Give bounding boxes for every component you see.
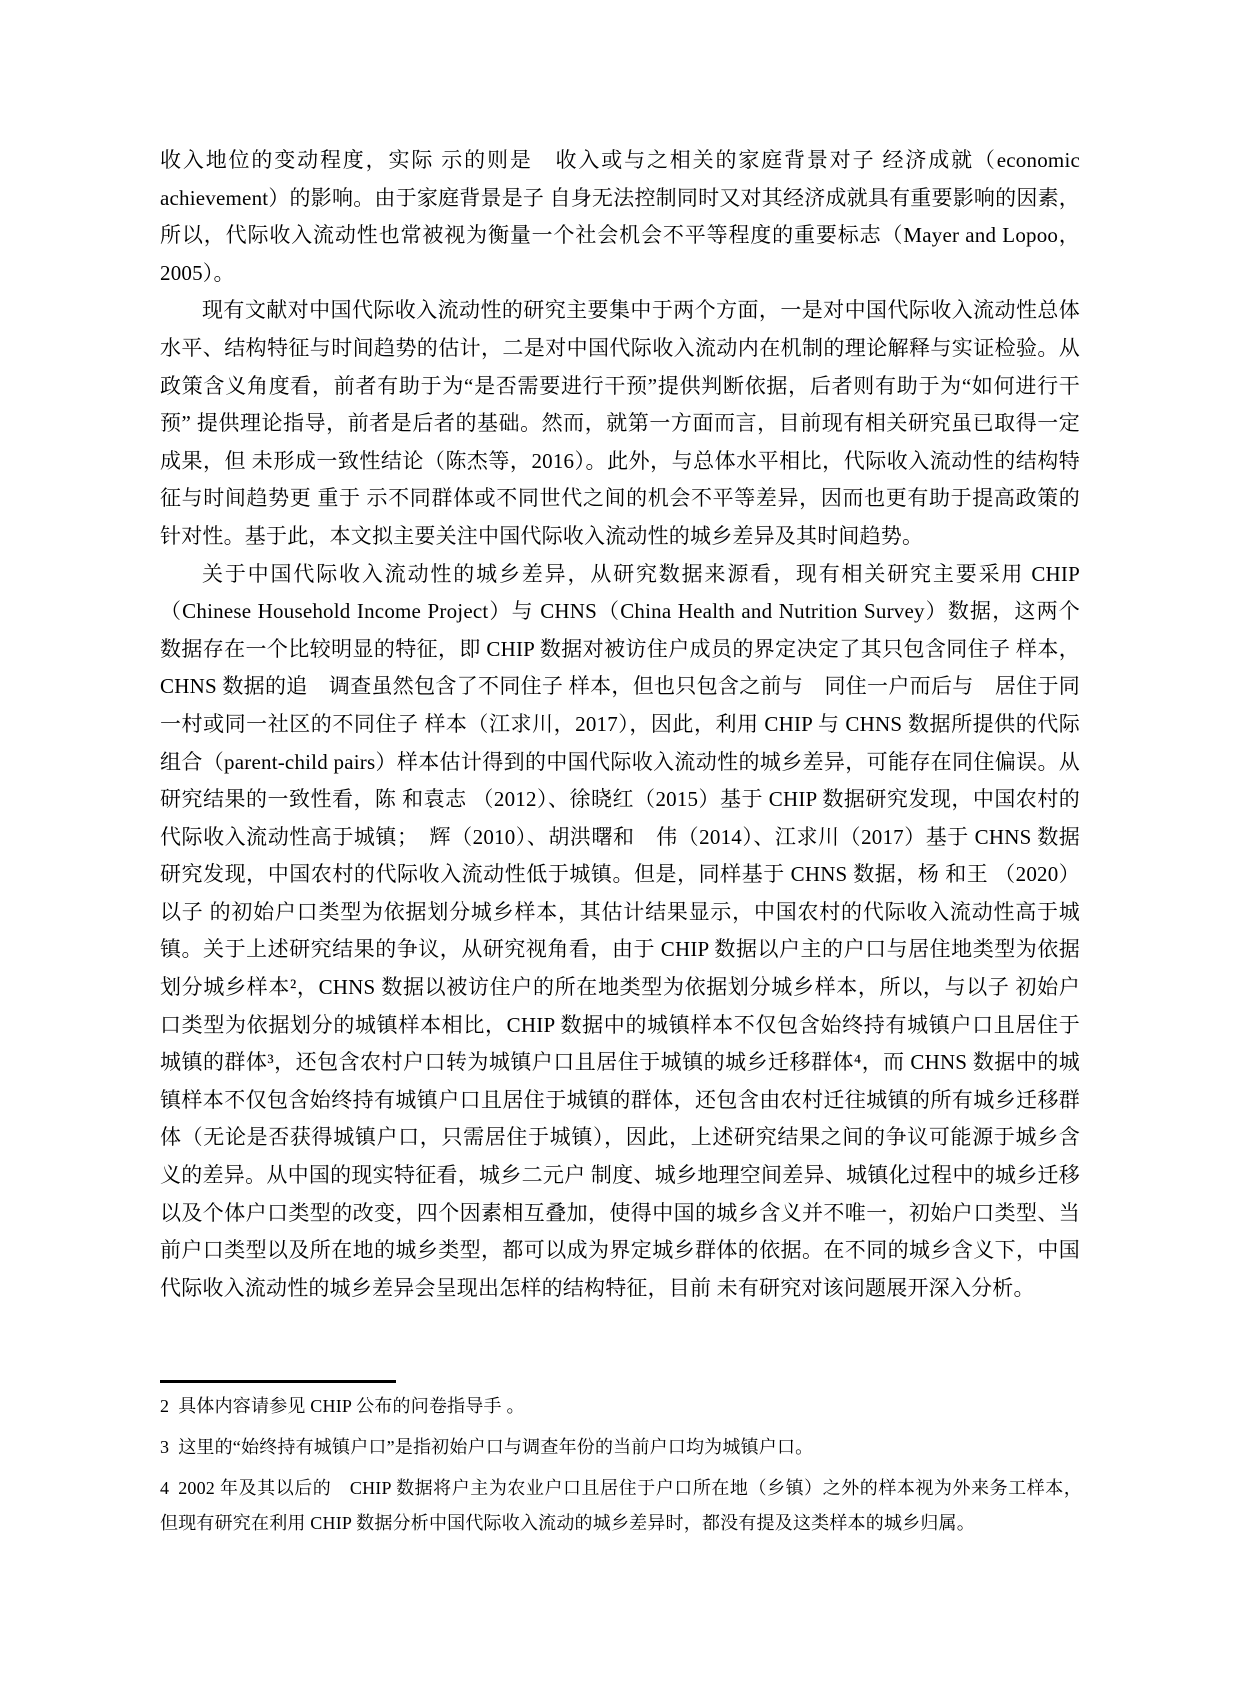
footnote-3-text: 这里的“始终持有城镇户口”是指初始户口与调查年份的当前户口均为城镇户口。 — [178, 1437, 813, 1457]
footnote-3: 3这里的“始终持有城镇户口”是指初始户口与调查年份的当前户口均为城镇户口。 — [160, 1430, 1082, 1465]
footnote-2: 2具体内容请参见 CHIP 公布的问卷指导手 。 — [160, 1389, 1082, 1424]
document-page: 收入地位的变动程度，实际 示的则是 收入或与之相关的家庭背景对子 经济成就（ec… — [0, 0, 1240, 1683]
paragraph-income-position: 收入地位的变动程度，实际 示的则是 收入或与之相关的家庭背景对子 经济成就（ec… — [160, 142, 1080, 292]
footnote-divider — [160, 1380, 396, 1383]
paragraph-urban-rural-difference: 关于中国代际收入流动性的城乡差异，从研究数据来源看，现有相关研究主要采用 CHI… — [160, 556, 1080, 1308]
footnote-2-marker: 2 — [160, 1396, 169, 1416]
paragraph-existing-literature: 现有文献对中国代际收入流动性的研究主要集中于两个方面，一是对中国代际收入流动性总… — [160, 292, 1080, 555]
footnote-4-marker: 4 — [160, 1478, 169, 1498]
document-body: 收入地位的变动程度，实际 示的则是 收入或与之相关的家庭背景对子 经济成就（ec… — [160, 142, 1080, 1307]
footnote-3-marker: 3 — [160, 1437, 169, 1457]
footnote-2-text: 具体内容请参见 CHIP 公布的问卷指导手 。 — [178, 1396, 524, 1416]
footnotes: 2具体内容请参见 CHIP 公布的问卷指导手 。 3这里的“始终持有城镇户口”是… — [160, 1389, 1082, 1541]
footnote-area: 2具体内容请参见 CHIP 公布的问卷指导手 。 3这里的“始终持有城镇户口”是… — [160, 1380, 1082, 1547]
footnote-4: 42002 年及其以后的 CHIP 数据将户主为农业户口且居住于户口所在地（乡镇… — [160, 1471, 1082, 1541]
footnote-4-text: 2002 年及其以后的 CHIP 数据将户主为农业户口且居住于户口所在地（乡镇）… — [160, 1478, 1082, 1533]
